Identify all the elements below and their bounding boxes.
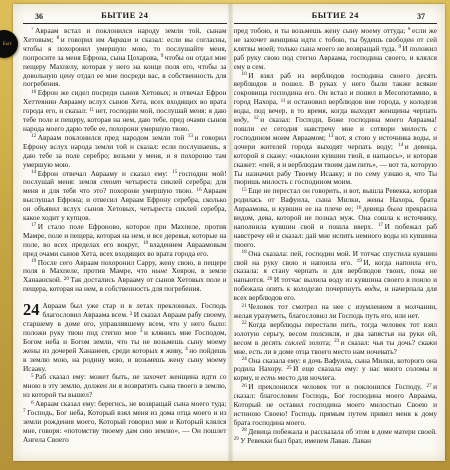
verse-number: 10 bbox=[31, 89, 36, 95]
verse-paragraph: 5Раб сказал ему: может быть, не захочет … bbox=[23, 373, 227, 400]
verse-text: Человек тот смотрел на нее с изумлением … bbox=[234, 302, 438, 320]
verse-number: 16 bbox=[196, 187, 201, 193]
verse-number: 18 bbox=[143, 240, 148, 246]
verse-number: 9 bbox=[398, 44, 401, 50]
verse-number: 8 bbox=[57, 35, 60, 41]
supplied-word-italic: была bbox=[387, 204, 403, 213]
open-bible-spread: 36 БЫТИЕ 24 7Авраам встал и поклонился н… bbox=[13, 4, 445, 461]
page-right: 37 БЫТИЕ 24 пред тобою, и ты возьмешь же… bbox=[234, 10, 438, 457]
page-left-header: 36 БЫТИЕ 24 bbox=[23, 10, 227, 24]
verse-number: 13 bbox=[188, 133, 193, 139]
verse-text: место для ночлега. bbox=[276, 373, 336, 382]
thumb-tab-label: Быт bbox=[0, 42, 12, 47]
verse-paragraph: 15Еще не перестал он говорить, и вот, вы… bbox=[234, 187, 438, 249]
verse-number: 4 bbox=[185, 346, 188, 352]
verse-text: Господь, Бог неба, Который взял меня из … bbox=[23, 408, 227, 444]
verse-text: девица bbox=[363, 204, 387, 213]
verse-number: 19 bbox=[31, 258, 36, 264]
chapter-number-dropcap: 24 bbox=[23, 303, 40, 318]
verse-number: 14 bbox=[398, 142, 403, 148]
supplied-word-italic: есть bbox=[261, 373, 276, 382]
verse-number: 27 bbox=[426, 383, 431, 389]
verse-number: 7 bbox=[23, 408, 26, 414]
verse-number: 17 bbox=[378, 222, 383, 228]
supplied-word-italic: Авраам bbox=[108, 35, 131, 44]
verse-paragraph: 28Девица побежала и рассказала об этом в… bbox=[234, 428, 438, 446]
verse-paragraph: 19После сего Авраам похоронил Сарру, жен… bbox=[23, 259, 227, 295]
verse-paragraph: 6Авраам сказал ему: берегись, не возвращ… bbox=[23, 400, 227, 445]
verse-paragraph: 10И взял раб из верблюдов господина свое… bbox=[234, 72, 438, 188]
verse-number: 5 bbox=[31, 373, 34, 379]
supplied-word-italic: сиклей bbox=[285, 338, 306, 347]
verse-number: 14 bbox=[31, 169, 36, 175]
verse-paragraph: 18Она сказала: пей, господин мой. И тотч… bbox=[234, 250, 438, 303]
verse-text: И преклонился человек тот и поклонился Г… bbox=[248, 382, 426, 391]
verse-number: 23 bbox=[334, 338, 339, 344]
verse-number: 12 bbox=[31, 133, 36, 139]
supplied-word-italic: стоит bbox=[100, 177, 121, 186]
supplied-word-italic: ныне bbox=[152, 266, 167, 275]
running-head-right: БЫТИЕ 24 bbox=[234, 10, 438, 20]
verse-number: 11 bbox=[281, 98, 286, 104]
verse-number: 18 bbox=[242, 249, 247, 255]
verse-text: пред тобою, и ты возьмешь жену сыну моем… bbox=[234, 27, 408, 35]
verse-number: 3 bbox=[140, 328, 143, 334]
verse-paragraph: 12Авраам поклонился пред народом земли т… bbox=[23, 134, 227, 170]
verse-number: 2 bbox=[130, 311, 133, 317]
verse-number: 16 bbox=[356, 205, 361, 211]
verse-paragraph: 17И стало поле Ефроново, которое при Мах… bbox=[23, 223, 227, 259]
verse-number: 10 bbox=[242, 71, 247, 77]
verse-number: 29 bbox=[234, 436, 239, 442]
verse-number: 21 bbox=[242, 303, 247, 309]
verse-text: золота; bbox=[306, 338, 334, 347]
verse-paragraph: 7Авраам встал и поклонился народу земли … bbox=[23, 27, 227, 89]
verse-paragraph: 10Ефрон же сидел посреди сынов Хетовых; … bbox=[23, 89, 227, 134]
verse-text: Авраам сказал ему: берегись, не возвраща… bbox=[35, 399, 226, 408]
page-right-header: 37 БЫТИЕ 24 bbox=[234, 10, 438, 24]
verse-text: Авраам поклонился пред народом земли той bbox=[38, 133, 188, 142]
verse-number: 9 bbox=[161, 53, 164, 59]
verse-text: Девица побежала и рассказала об этом в д… bbox=[248, 427, 437, 436]
verse-number: 11 bbox=[89, 107, 94, 113]
verse-number: 20 bbox=[64, 276, 69, 282]
verse-text: Ефрон отвечал Аврааму и сказал ему: bbox=[38, 169, 172, 178]
verse-paragraph: 26И преклонился человек тот и поклонился… bbox=[234, 383, 438, 428]
verse-paragraph: 24Авраам был уже стар и в летах преклонн… bbox=[23, 302, 227, 373]
supplied-word-italic: воду bbox=[234, 115, 247, 124]
verse-number: 12 bbox=[254, 115, 259, 121]
verse-number: 13 bbox=[328, 133, 333, 139]
verse-number: 8 bbox=[408, 27, 411, 32]
verse-number: 7 bbox=[31, 27, 34, 32]
verse-number: 24 bbox=[242, 356, 247, 362]
verse-text: У Ревекки был брат, именем Лаван. Лаван bbox=[240, 436, 371, 445]
verse-paragraph: 21Человек тот смотрел на нее с изумление… bbox=[234, 303, 438, 321]
verse-paragraph: 14Ефрон отвечал Аврааму и сказал ему: 15… bbox=[23, 170, 227, 223]
verse-number: 15 bbox=[242, 187, 247, 193]
verse-paragraph: пред тобою, и ты возьмешь жену сыну моем… bbox=[234, 27, 438, 72]
supplied-word-italic: воды bbox=[365, 284, 380, 293]
verse-number: 19 bbox=[357, 258, 362, 264]
text-column-right: пред тобою, и ты возьмешь жену сыну моем… bbox=[234, 27, 438, 457]
verse-paragraph: 24Она сказала ему: я дочь Вафуила, сына … bbox=[234, 357, 438, 384]
verse-number: 25 bbox=[286, 365, 291, 371]
verse-number: 26 bbox=[242, 383, 247, 389]
verse-text: Раб сказал ему: может быть, не захочет ж… bbox=[23, 372, 227, 399]
page-gutter bbox=[227, 4, 234, 461]
verse-number: 6 bbox=[31, 400, 34, 406]
verse-text: и говорил им bbox=[61, 35, 108, 44]
verse-text: , bbox=[247, 115, 254, 124]
verse-number: 15 bbox=[172, 169, 177, 175]
verse-number: 20 bbox=[267, 276, 272, 282]
text-column-left: 7Авраам встал и поклонился народу земли … bbox=[23, 27, 227, 457]
verse-number: 22 bbox=[242, 320, 247, 326]
verse-number: 28 bbox=[242, 427, 247, 433]
verse-paragraph: 22Когда верблюды перестали пить, тогда ч… bbox=[234, 321, 438, 357]
page-left: 36 БЫТИЕ 24 7Авраам встал и поклонился н… bbox=[23, 10, 227, 457]
running-head-left: БЫТИЕ 24 bbox=[23, 10, 227, 20]
verse-number: 17 bbox=[31, 222, 36, 228]
